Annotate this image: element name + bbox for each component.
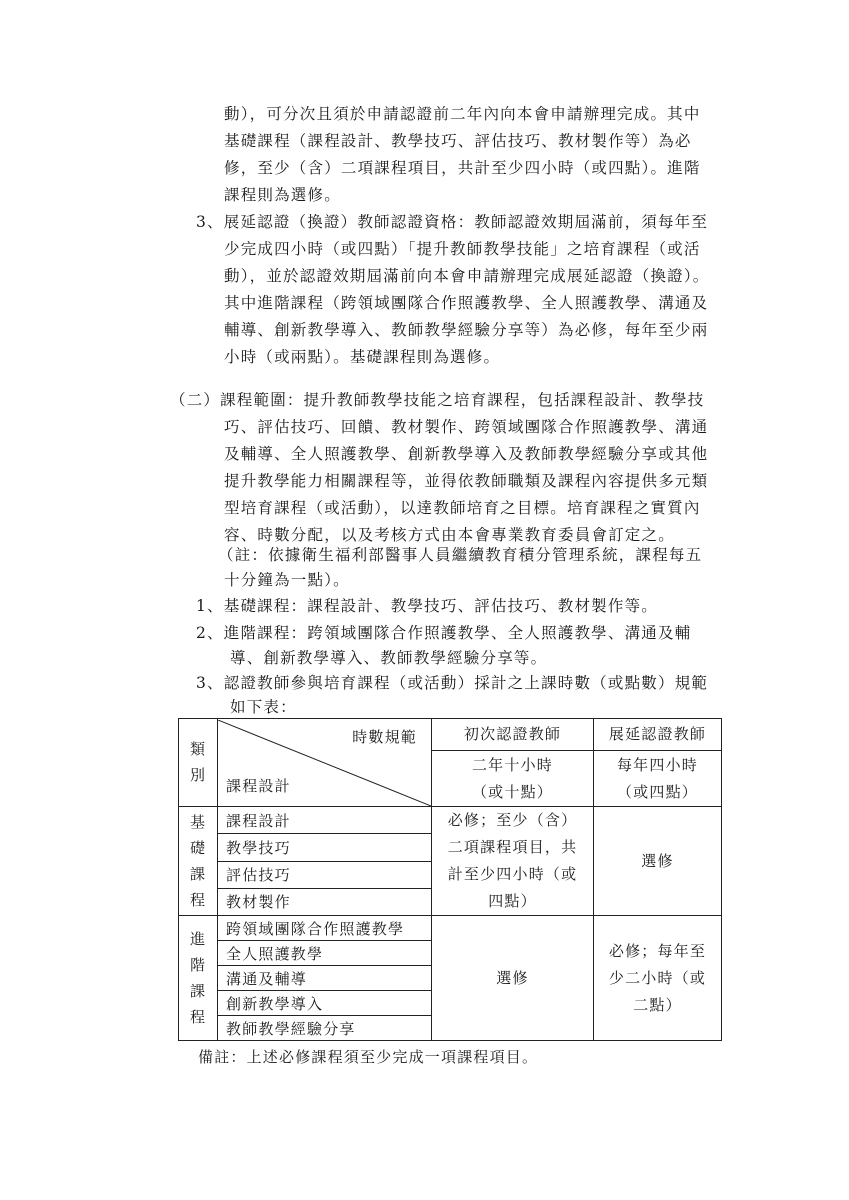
advanced-item: 溝通及輔導 [218,966,432,991]
hours-spec-table: 類別 時數規範 課程設計 初次認證教師 展延認證教師 二年十小時（或十點） 每年… [178,718,722,1041]
initial-hours: 二年十小時（或十點） [432,751,594,807]
text-line: 修，至少（含）二項課程項目，共計至少四小時（或四點）。進階 [224,158,701,178]
text-line: 小時（或兩點）。基礎課程則為選修。 [224,347,500,367]
advanced-item: 創新教學導入 [218,991,432,1016]
col-initial-header: 初次認證教師 [432,719,594,751]
basic-item: 課程設計 [218,807,432,834]
text-line: 動），並於認證效期屆滿前向本會申請辦理完成展延認證（換證）。 [224,266,710,286]
text-line: 如下表： [230,697,297,717]
basic-renewal-rule: 選修 [594,807,722,916]
category-header: 類別 [179,719,218,807]
advanced-item: 全人照護教學 [218,941,432,966]
text-line: 提升教學能力相關課程等，並得依教師職類及課程內容提供多元類 [224,471,708,491]
text-line: 其中進階課程（跨領域團隊合作照護教學、全人照護教學、溝通及 [224,293,708,313]
basic-item: 教學技巧 [218,834,432,861]
basic-item: 評估技巧 [218,861,432,888]
list-item: 3、認證教師參與培育課程（或活動）採計之上課時數（或點數）規範 [196,673,708,693]
text-line: 十分鐘為一點）。 [224,570,350,590]
advanced-item: 教師教學經驗分享 [218,1016,432,1041]
col-renewal-header: 展延認證教師 [594,719,722,751]
text-line: 少完成四小時（或四點）「提升教師教學技能」之培育課程（或活 [224,239,701,259]
text-line: 基礎課程（課程設計、教學技巧、評估技巧、教材製作等）為必 [224,131,692,151]
list-item: 1、基礎課程：課程設計、教學技巧、評估技巧、教材製作等。 [196,596,658,616]
text-line: 容、時數分配，以及考核方式由本會專業教育委員會訂定之。 [224,525,675,545]
text-line: 導、創新教學導入、教師教學經驗分享等。 [230,648,547,668]
text-line: 輔導、創新教學導入、教師教學經驗分享等）為必修，每年至少兩 [224,320,708,340]
basic-item: 教材製作 [218,888,432,915]
document-page: 動），可分次且須於申請認證前二年內向本會申請辦理完成。其中 基礎課程（課程設計、… [0,0,849,1200]
advanced-item: 跨領域團隊合作照護教學 [218,916,432,941]
text-line: 型培育課程（或活動），以達教師培育之目標。培育課程之實質內 [224,498,701,518]
text-line: 3、展延認證（換證）教師認證資格：教師認證效期屆滿前，須每年至 [196,212,708,232]
text-line: 巧、評估技巧、回饋、教材製作、跨領域團隊合作照護教學、溝通 [224,417,708,437]
text-line: 動），可分次且須於申請認證前二年內向本會申請辦理完成。其中 [224,104,701,124]
text-line: 及輔導、全人照護教學、創新教學導入及教師教學經驗分享或其他 [224,444,708,464]
table-note: 備註：上述必修課程須至少完成一項課程項目。 [198,1046,538,1067]
text-line: 課程則為選修。 [224,185,341,205]
diagonal-header-cell: 時數規範 課程設計 [218,719,432,807]
advanced-renewal-rule: 必修；每年至少二小時（或二點） [594,916,722,1041]
text-line: （註：依據衛生福利部醫事人員繼續教育積分管理系統，課程每五 [218,545,702,565]
diag-bottom-label: 課程設計 [226,775,291,796]
basic-initial-rule: 必修；至少（含）二項課程項目，共 計至少四小時（或四點） [432,807,594,916]
diag-top-label: 時數規範 [352,726,417,747]
basic-category: 基礎課程 [179,807,218,916]
section-heading: （二）課程範圍：提升教師教學技能之培育課程，包括課程設計、教學技 [170,390,704,410]
renewal-hours: 每年四小時（或四點） [594,751,722,807]
advanced-initial-rule: 選修 [432,916,594,1041]
list-item: 2、進階課程：跨領域團隊合作照護教學、全人照護教學、溝通及輔 [196,623,691,643]
advanced-category: 進階課程 [179,916,218,1041]
